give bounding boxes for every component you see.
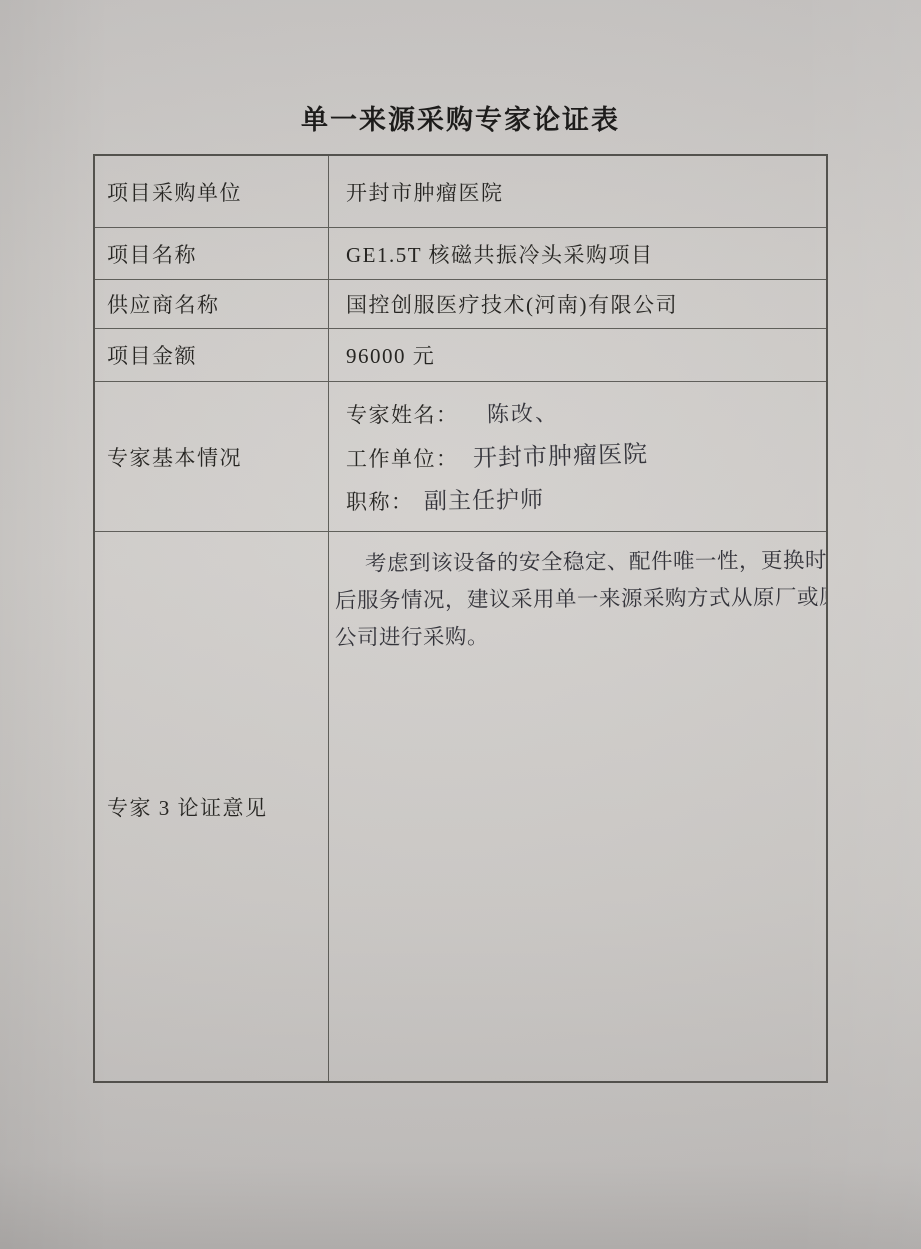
document-title: 单一来源采购专家论证表 bbox=[93, 98, 828, 137]
expert-name-field: 专家姓名：陈改、 bbox=[346, 398, 826, 429]
expert-jobtitle-handwritten-value: 副主任护师 bbox=[423, 481, 543, 516]
expert-workunit-label: 工作单位： bbox=[346, 447, 459, 471]
procurement-form-table: 项目采购单位 开封市肿瘤医院 项目名称 GE1.5T 核磁共振冷头采购项目 供应… bbox=[93, 154, 828, 1083]
expert-opinion-cell: 考虑到该设备的安全稳定、配件唯一性，更换时效性及售 后服务情况，建议采用单一来源… bbox=[329, 532, 826, 1081]
expert-jobtitle-label: 职称： bbox=[346, 490, 414, 514]
expert-workunit-handwritten-value: 开封市肿瘤医院 bbox=[472, 434, 648, 474]
row-amount-label: 项目金额 bbox=[95, 329, 329, 382]
row-supplier-value: 国控创服医疗技术(河南)有限公司 bbox=[329, 280, 826, 329]
row-amount-value: 96000 元 bbox=[329, 329, 826, 382]
expert-opinion-label: 专家 3 论证意见 bbox=[95, 532, 329, 1081]
opinion-handwritten-line-1: 考虑到该设备的安全稳定、配件唯一性，更换时效性及售 bbox=[335, 542, 822, 582]
row-supplier-label: 供应商名称 bbox=[95, 280, 329, 329]
row-purchaser-label: 项目采购单位 bbox=[95, 156, 329, 228]
expert-jobtitle-field: 职称：副主任护师 bbox=[346, 483, 826, 516]
row-project-name-label: 项目名称 bbox=[95, 228, 329, 280]
expert-workunit-field: 工作单位：开封市肿瘤医院 bbox=[346, 438, 826, 473]
row-purchaser-value: 开封市肿瘤医院 bbox=[329, 156, 826, 228]
expert-info-cell: 专家姓名：陈改、 工作单位：开封市肿瘤医院 职称：副主任护师 bbox=[329, 382, 826, 532]
expert-name-label: 专家姓名： bbox=[346, 403, 459, 427]
opinion-handwritten-line-3: 公司进行采购。 bbox=[335, 616, 822, 656]
expert-name-handwritten-value: 陈改、 bbox=[486, 396, 559, 429]
expert-info-label: 专家基本情况 bbox=[95, 382, 329, 532]
opinion-handwritten-line-2: 后服务情况，建议采用单一来源采购方式从原厂或原厂授权 bbox=[335, 579, 822, 619]
row-project-name-value: GE1.5T 核磁共振冷头采购项目 bbox=[329, 228, 826, 280]
